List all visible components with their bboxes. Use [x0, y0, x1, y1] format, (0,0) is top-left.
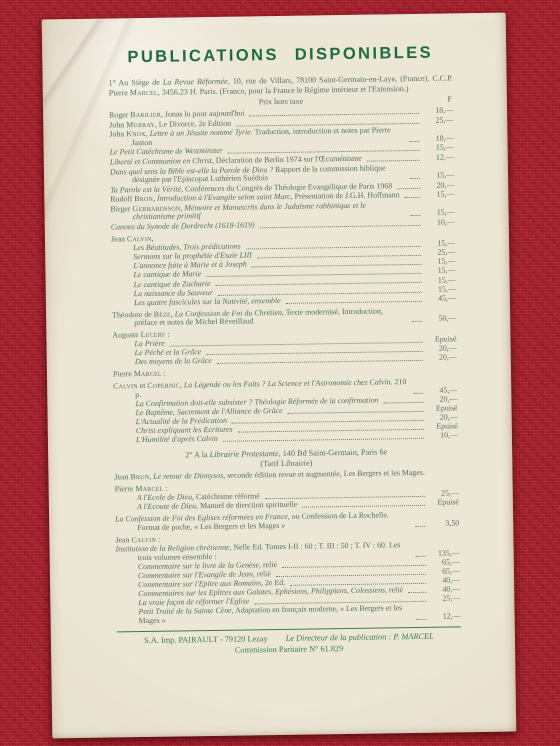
section-2-heading: 2° A la Librairie Protestante, 140 Bd Sa… [114, 446, 458, 470]
dot-leader [417, 619, 427, 620]
page-footer: S.A. Imp. PAIRAULT - 79120 Lezay Le Dire… [117, 627, 461, 658]
catalog-entry: Théodore de Bèze, La Confession de Foi d… [112, 306, 456, 328]
dot-leader [286, 300, 422, 303]
entry-text: Pierre Marcel : [113, 370, 166, 379]
entry-price: 18,— [423, 107, 453, 116]
dot-leader [223, 438, 424, 442]
imprint: S.A. Imp. PAIRAULT - 79120 Lezay [144, 635, 268, 647]
entry-text: Jean Brun, Le retour de Dionysos, second… [114, 469, 424, 482]
entry-price: 15,— [425, 209, 455, 218]
dot-leader [405, 197, 421, 198]
catalog-entry: La Confession de Foi des Eglises réformé… [115, 511, 459, 533]
dot-leader [412, 321, 422, 322]
entry-price: 18,— [423, 134, 453, 143]
section-2-items: Jean Brun, Le retour de Dionysos, second… [114, 468, 460, 625]
dot-leader [416, 556, 426, 557]
entry-text: Les quatre fascicules sur la Nativité, e… [134, 297, 281, 308]
dot-leader [383, 402, 423, 404]
dot-leader [397, 188, 420, 189]
paper-sheet: PUBLICATIONS DISPONIBLES 1° Au Siège de … [42, 13, 517, 739]
entry-price: 12,— [424, 153, 454, 162]
entry-text: Théodore de Bèze, La Confession de Foi d… [112, 307, 407, 328]
intro-paragraph: 1° Au Siège de La Revue Réformée, 10, ru… [109, 73, 453, 97]
entry-text: Petit Traité de la Sainte Cène, Adaptati… [138, 605, 411, 626]
entry-price: 15,— [424, 144, 454, 153]
entry-text: A l'Ecoute de Dieu, Manuel de direction … [137, 501, 297, 512]
dot-leader [408, 592, 426, 593]
entry-price: 25,— [423, 116, 453, 125]
entry-price: 10,— [428, 432, 458, 441]
dot-leader [411, 215, 421, 216]
entry-price: 15,— [424, 191, 454, 200]
dot-leader [413, 393, 423, 394]
dot-leader [410, 178, 420, 179]
catalog-entry: Petit Traité de la Sainte Cène, Adaptati… [116, 604, 460, 626]
entry-price: 25,— [430, 595, 460, 604]
entry-price: 10,— [425, 218, 455, 227]
entry-price: Epuisé [429, 499, 459, 508]
dot-leader [260, 225, 421, 228]
page-title: PUBLICATIONS DISPONIBLES [108, 43, 452, 67]
entry-text: La Confession de Foi des Eglises réformé… [115, 511, 410, 532]
entry-text: Canons du Synode de Dordrecht (1618-1619… [111, 221, 255, 232]
entry-price: 50,— [426, 315, 456, 324]
entry-price: 45,— [426, 294, 456, 303]
dot-leader [410, 141, 420, 142]
catalog-entry: Jean Brun, Le retour de Dionysos, second… [114, 468, 458, 482]
entry-price: 12,— [431, 612, 461, 621]
entry-price: 20,— [427, 354, 457, 363]
section-1-items: Roger Barilier, Jonas lu pour aujourd'hu… [109, 107, 458, 446]
red-fabric-backdrop: PUBLICATIONS DISPONIBLES 1° Au Siège de … [0, 0, 560, 746]
entry-price: 15,— [425, 267, 455, 276]
dot-leader [217, 360, 423, 364]
currency-label: F [447, 95, 452, 104]
entry-text: Des moyens de la Grâce [135, 357, 212, 367]
entry-price: 15,— [424, 172, 454, 181]
entry-text: L'Humilité d'après Calvin [136, 435, 218, 445]
dot-leader [415, 526, 425, 527]
dot-leader [250, 113, 420, 117]
entry-price: 3,50 [429, 519, 459, 528]
entry-price: 20,— [424, 181, 454, 190]
price-header-label: Prix hors taxe [259, 97, 304, 107]
dot-leader [367, 160, 420, 162]
catalog-page-content: PUBLICATIONS DISPONIBLES 1° Au Siège de … [42, 13, 517, 739]
dot-leader [302, 505, 425, 508]
